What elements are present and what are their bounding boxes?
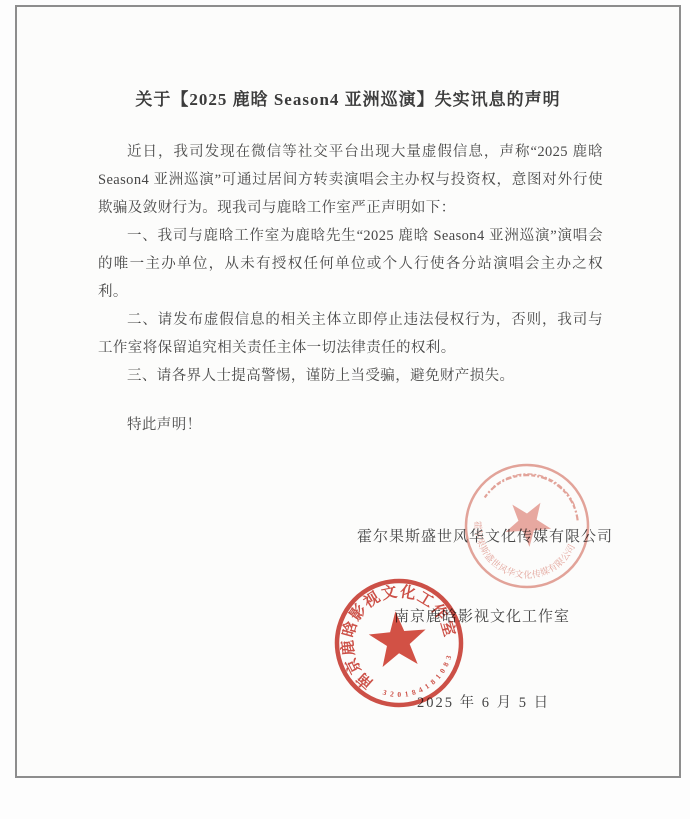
uyghur-script-arc	[485, 465, 586, 521]
paragraph-item-3: 三、请各界人士提高警惕，谨防上当受骗，避免财产损失。	[98, 362, 603, 390]
nanjing-studio-seal: 南京鹿晗影视文化工作室 320184181083	[297, 541, 502, 746]
signature-date: 2025 年 6 月 5 日	[417, 691, 550, 712]
signature-company-nanjing: 南京鹿晗影视文化工作室	[394, 605, 570, 626]
seal-ring-text: 南京鹿晗影视文化工作室	[315, 559, 465, 696]
uyghur-script-arc-2	[494, 465, 581, 507]
svg-text:南京鹿晗影视文化工作室: 南京鹿晗影视文化工作室	[315, 559, 465, 696]
statement-body: 近日，我司发现在微信等社交平台出现大量虚假信息，声称“2025 鹿晗 Seaso…	[98, 138, 603, 439]
signature-company-horgos: 霍尔果斯盛世风华文化传媒有限公司	[357, 525, 613, 546]
document-title: 关于【2025 鹿晗 Season4 亚洲巡演】失实讯息的声明	[17, 85, 679, 110]
paragraph-item-1: 一、我司与鹿晗工作室为鹿晗先生“2025 鹿晗 Season4 亚洲巡演”演唱会…	[98, 222, 603, 306]
document-page: 关于【2025 鹿晗 Season4 亚洲巡演】失实讯息的声明 近日，我司发现在…	[15, 5, 681, 778]
paragraph-intro: 近日，我司发现在微信等社交平台出现大量虚假信息，声称“2025 鹿晗 Seaso…	[98, 138, 603, 222]
closing-line: 特此声明！	[98, 411, 603, 439]
paragraph-item-2: 二、请发布虚假信息的相关主体立即停止违法侵权行为，否则，我司与工作室将保留追究相…	[98, 306, 603, 362]
scanned-statement-photo: 关于【2025 鹿晗 Season4 亚洲巡演】失实讯息的声明 近日，我司发现在…	[0, 0, 690, 819]
